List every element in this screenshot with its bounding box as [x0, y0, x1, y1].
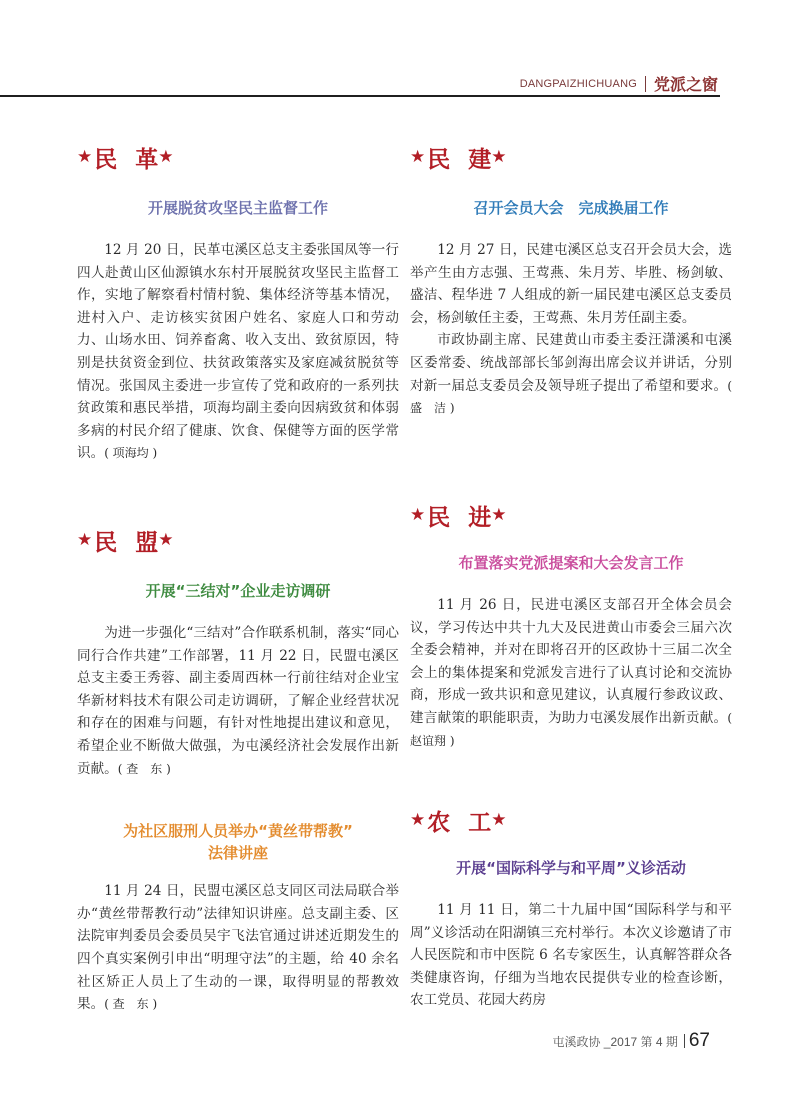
- header-divider: [645, 76, 646, 92]
- section-nonggong: ★ 农 工 ★ 开展“国际科学与和平周”义诊活动 11 月 11 日，第二十九届…: [410, 803, 732, 1012]
- article-text: 11 月 26 日，民进屯溪区支部召开全体会员会议，学习传达中共十九大及民进黄山…: [410, 597, 732, 726]
- article-title-line: 为社区服刑人员举办“黄丝带帮教”: [77, 820, 399, 842]
- section-minjian: ★ 民 建 ★ 召开会员大会 完成换届工作 12 月 27 日，民建屯溪区总支召…: [410, 140, 732, 420]
- section-minmeng: ★ 民 盟 ★ 开展“三结对”企业走访调研 为进一步强化“三结对”合作联系机制，…: [77, 523, 399, 1016]
- article-body: 11 月 24 日，民盟屯溪区总支同区司法局联合举办“黄丝带帮教行动”法律知识讲…: [77, 880, 399, 1016]
- star-icon: ★: [491, 147, 506, 167]
- article-title: 布置落实党派提案和大会发言工作: [410, 552, 732, 574]
- article-author: ( 项海均 ): [104, 446, 157, 460]
- party-heading-minmeng: ★ 民 盟 ★: [77, 523, 399, 557]
- article-title: 召开会员大会 完成换届工作: [410, 197, 732, 219]
- page-header: DANGPAIZHICHUANG 党派之窗: [0, 0, 804, 100]
- party-name-char: 进: [468, 499, 491, 532]
- party-name-char: 工: [468, 804, 491, 837]
- article-body: 11 月 26 日，民进屯溪区支部召开全体会员会议，学习传达中共十九大及民进黄山…: [410, 594, 732, 752]
- star-icon: ★: [410, 505, 425, 525]
- article-text: 11 月 24 日，民盟屯溪区总支同区司法局联合举办“黄丝带帮教行动”法律知识讲…: [77, 883, 399, 1012]
- footer-divider: [684, 1034, 685, 1048]
- party-name-char: 农: [427, 804, 466, 837]
- article-body: 12 月 27 日，民建屯溪区总支召开会员大会，选举产生由方志强、王莺燕、朱月芳…: [410, 239, 732, 329]
- page-footer: 屯溪政协 _2017 第 4 期 67: [552, 1030, 710, 1052]
- party-name-char: 民: [94, 141, 133, 174]
- article-title-line: 法律讲座: [77, 842, 399, 864]
- section-minge: ★ 民 革 ★ 开展脱贫攻坚民主监督工作 12 月 20 日，民革屯溪区总支主委…: [77, 140, 399, 465]
- section-minjin: ★ 民 进 ★ 布置落实党派提案和大会发言工作 11 月 26 日，民进屯溪区支…: [410, 498, 732, 752]
- article-author: ( 查 东 ): [118, 762, 171, 776]
- article-body: 市政协副主席、民建黄山市委主委汪潇溪和屯溪区委常委、统战部部长邹剑海出席会议并讲…: [410, 329, 732, 419]
- star-icon: ★: [410, 810, 425, 830]
- star-icon: ★: [491, 810, 506, 830]
- article-text: 12 月 20 日，民革屯溪区总支主委张国凤等一行四人赴黄山区仙源镇水东村开展脱…: [77, 242, 399, 461]
- section-label-en: DANGPAIZHICHUANG: [520, 78, 637, 90]
- article-title: 开展“三结对”企业走访调研: [77, 580, 399, 602]
- article-author: ( 查 东 ): [104, 997, 157, 1011]
- star-icon: ★: [410, 147, 425, 167]
- party-name-char: 建: [468, 141, 491, 174]
- article-body: 为进一步强化“三结对”合作联系机制，落实“同心同行合作共建”工作部署，11 月 …: [77, 622, 399, 780]
- article-title: 开展“国际科学与和平周”义诊活动: [410, 857, 732, 879]
- party-name-char: 民: [427, 499, 466, 532]
- party-heading-nonggong: ★ 农 工 ★: [410, 803, 732, 837]
- article-text: 市政协副主席、民建黄山市委主委汪潇溪和屯溪区委常委、统战部部长邹剑海出席会议并讲…: [410, 332, 732, 393]
- section-label-cn: 党派之窗: [654, 72, 718, 95]
- party-heading-minjin: ★ 民 进 ★: [410, 498, 732, 532]
- article-body: 12 月 20 日，民革屯溪区总支主委张国凤等一行四人赴黄山区仙源镇水东村开展脱…: [77, 239, 399, 465]
- article-text: 为进一步强化“三结对”合作联系机制，落实“同心同行合作共建”工作部署，11 月 …: [77, 625, 399, 777]
- star-icon: ★: [77, 530, 92, 550]
- star-icon: ★: [158, 147, 173, 167]
- star-icon: ★: [77, 147, 92, 167]
- party-name-char: 革: [135, 141, 158, 174]
- article-title: 为社区服刑人员举办“黄丝带帮教” 法律讲座: [77, 820, 399, 864]
- page-number: 67: [689, 1030, 710, 1052]
- article-title: 开展脱贫攻坚民主监督工作: [77, 197, 399, 219]
- party-heading-minge: ★ 民 革 ★: [77, 140, 399, 174]
- star-icon: ★: [491, 505, 506, 525]
- header-rule: [0, 95, 720, 97]
- star-icon: ★: [158, 530, 173, 550]
- party-name-char: 民: [94, 524, 133, 557]
- publication-info: 屯溪政协 _2017 第 4 期: [552, 1033, 677, 1050]
- party-name-char: 民: [427, 141, 466, 174]
- party-name-char: 盟: [135, 524, 158, 557]
- party-heading-minjian: ★ 民 建 ★: [410, 140, 732, 174]
- article-body: 11 月 11 日，第二十九届中国“国际科学与和平周”义诊活动在阳湖镇三充村举行…: [410, 899, 732, 1012]
- section-label: DANGPAIZHICHUANG 党派之窗: [520, 72, 718, 95]
